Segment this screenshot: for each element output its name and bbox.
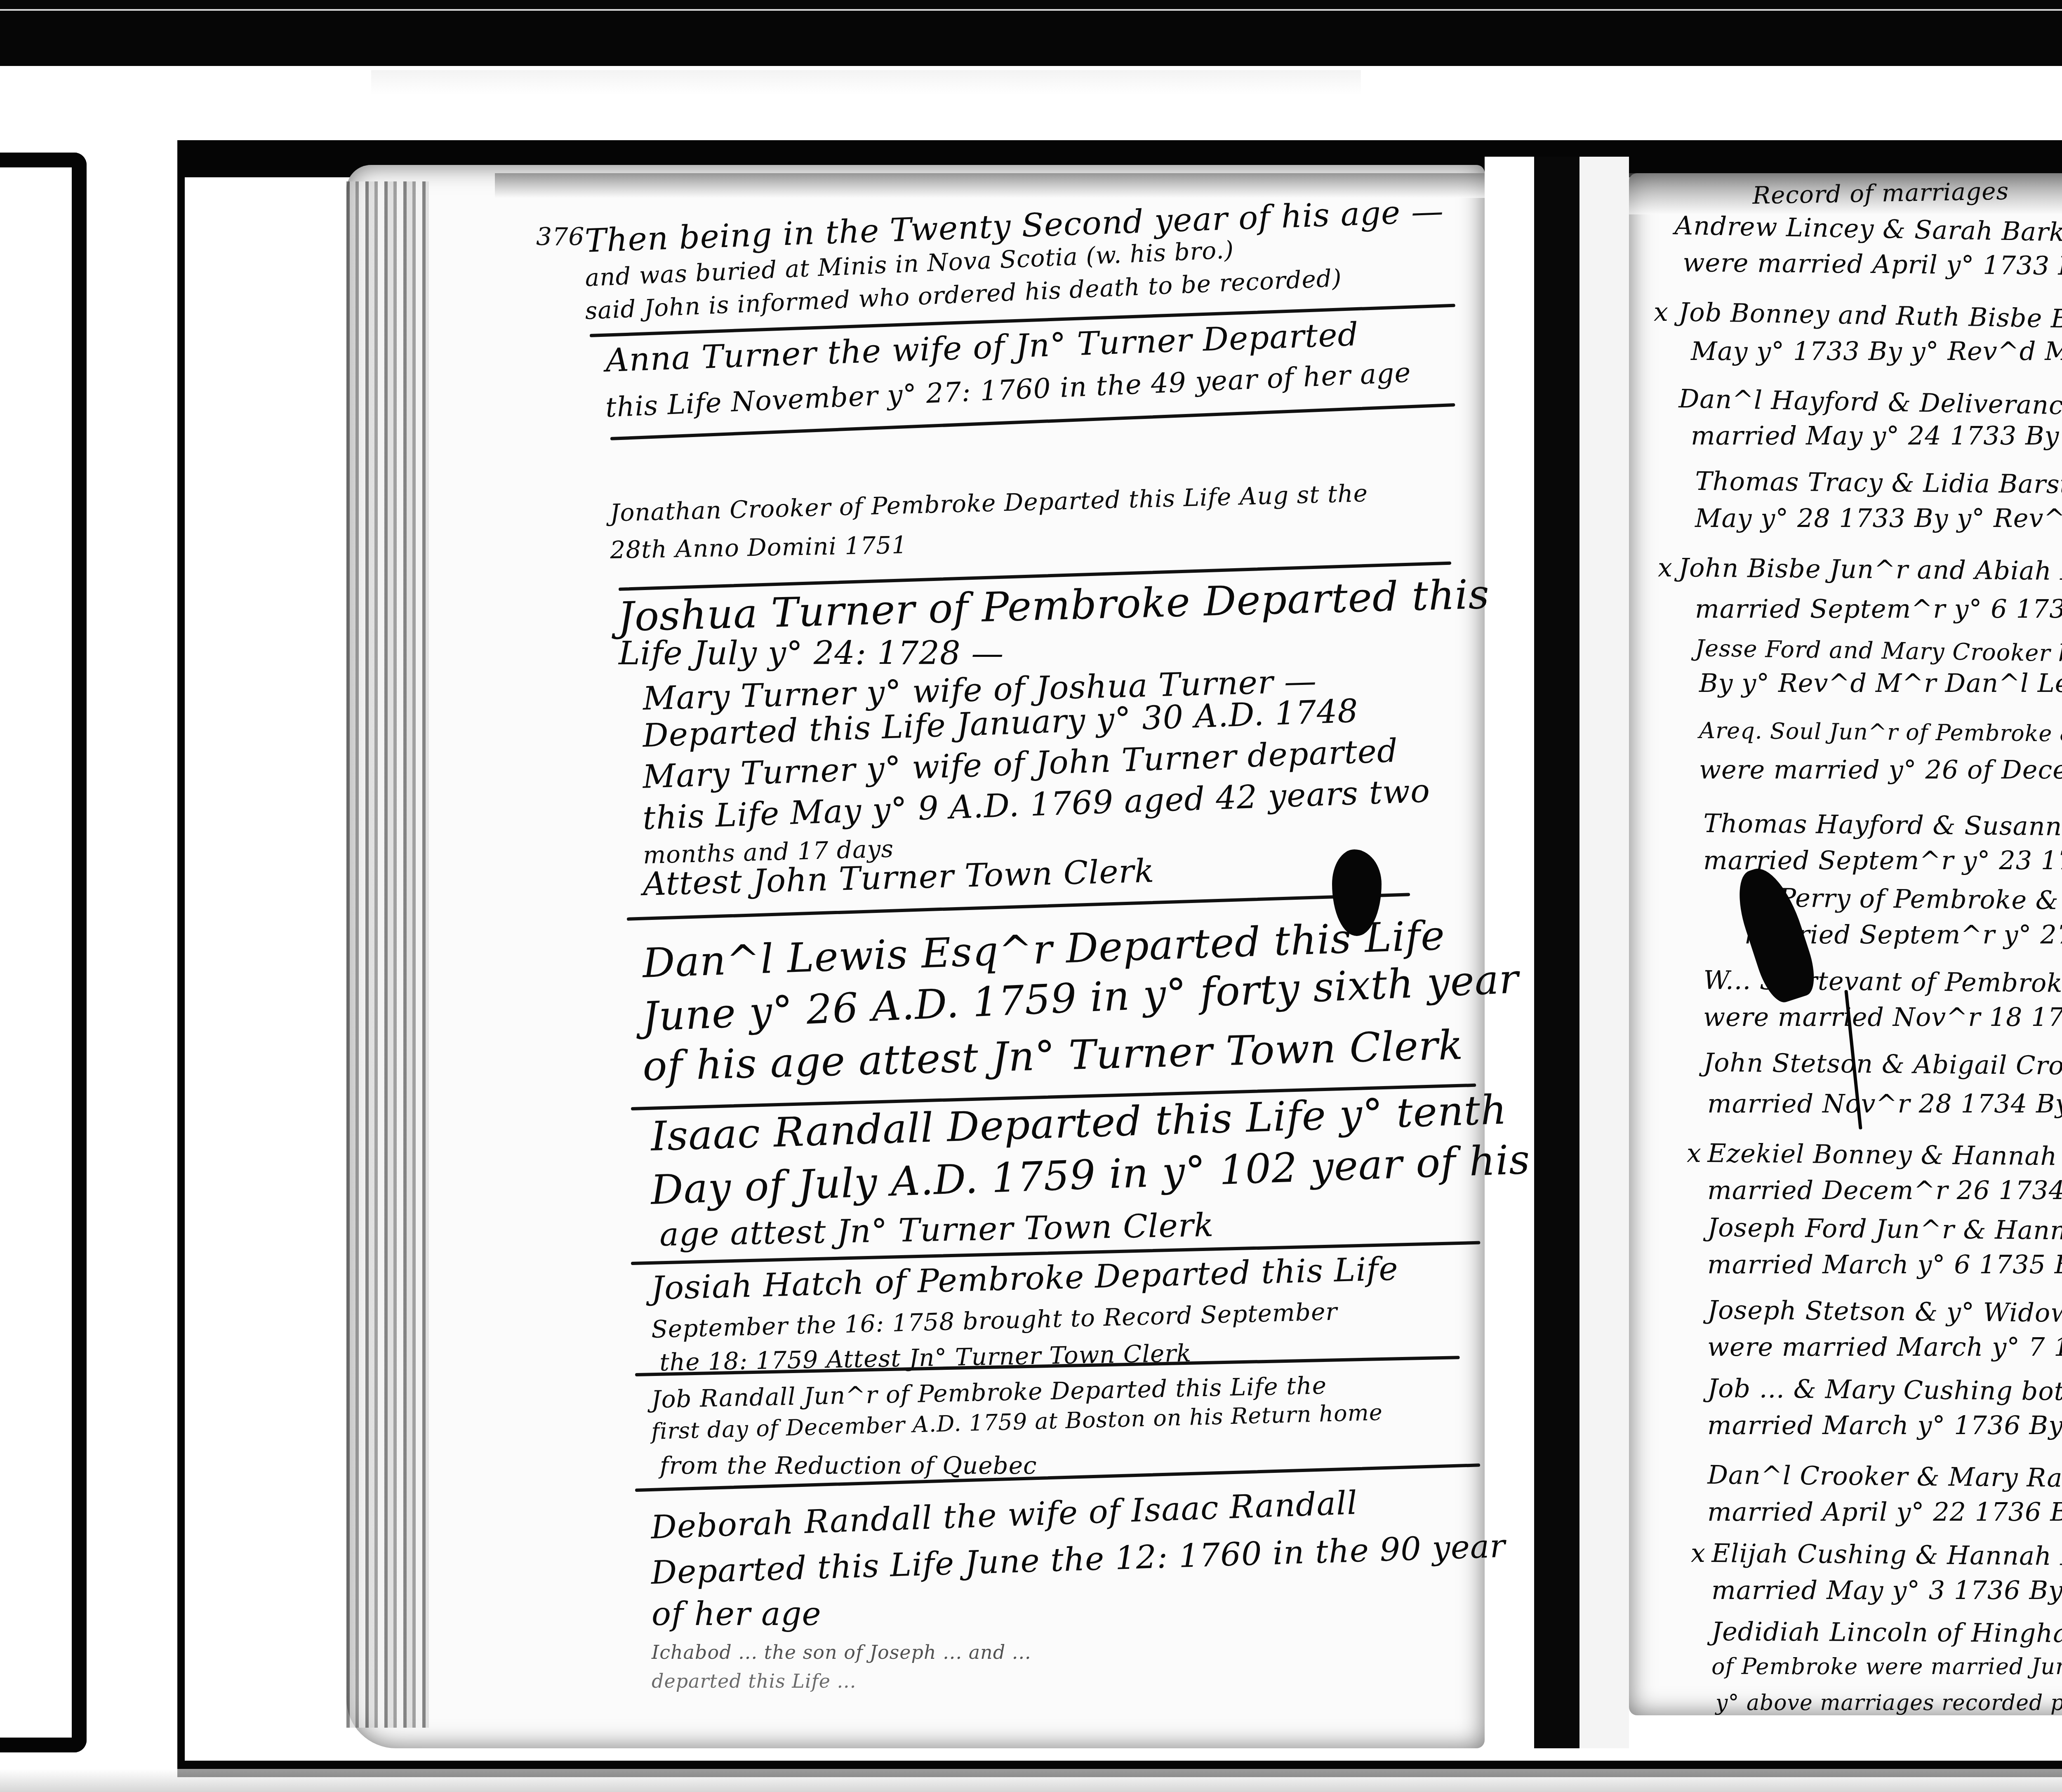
film-scratch [0, 9, 2062, 11]
page-heading: Record of marriages [1752, 177, 2009, 209]
left-line: of her age [652, 1596, 822, 1633]
left-line: from the Reduction of Quebec [660, 1451, 1037, 1479]
marriage-entry-line: were married Nov^r 18 1734 By y° Rev^d M… [1703, 1002, 2062, 1032]
marriage-entry-line: Job ... & Mary Cushing both of Pembroke … [1707, 1373, 2062, 1409]
marriage-entry-line: married Decem^r 26 1734 By y° Rev^d M^r … [1707, 1175, 2062, 1205]
film-top-band [0, 0, 2062, 66]
entry-mark: x [1687, 1138, 1702, 1168]
page-number: 376 [536, 223, 585, 252]
marriage-entry-line: W... Sturtevant of Pembroke & Sarah ... … [1703, 965, 2062, 1000]
marriage-entry-line: married May y° 3 1736 By y° Rev^d M^r Da… [1711, 1575, 2062, 1605]
entry-mark: x [1658, 553, 1673, 583]
clerk-attestation: y° above marriages recorded per me Thos … [1716, 1691, 2062, 1715]
marriage-entry-line: married May y° 24 1733 By y° Rev^d M^r D… [1691, 421, 2062, 451]
gutter-light-right [1579, 157, 1629, 1748]
left-line: Life July y° 24: 1728 — [619, 635, 1004, 672]
previous-frame-edge [0, 153, 87, 1752]
marriage-entry-line: married April y° 22 1736 By y° Rev^d M^r… [1707, 1497, 2062, 1527]
left-line-faint: Ichabod ... the son of Joseph ... and ..… [652, 1641, 1031, 1663]
left-page-fore-edge [346, 181, 429, 1728]
left-line-faint: departed this Life ... [652, 1670, 856, 1692]
book-binding-gutter [1534, 157, 1579, 1748]
marriage-entry-line: married Nov^r 28 1734 By y° Rev^d M^r Da… [1707, 1089, 2062, 1119]
entry-mark: x [1654, 297, 1669, 327]
marriage-entry-line: May y° 1733 By y° Rev^d M^r Dan^l Lewis … [1691, 336, 2062, 366]
marriage-entry-line: By y° Rev^d M^r Dan^l Lewis [1699, 668, 2062, 698]
gutter-light [1485, 157, 1538, 1748]
marriage-entry-line: were married March y° 7 1736 By y° Rev^d… [1707, 1332, 2062, 1362]
marriage-entry-line: married March y° 6 1735 By y° Rev^d M^r … [1707, 1249, 2062, 1279]
marriage-entry-line: of Pembroke were married June y° 10 1736… [1711, 1653, 2062, 1679]
entry-mark: x [1691, 1538, 1706, 1568]
film-bottom-strip [0, 1769, 2062, 1792]
left-page-top-shadow [495, 173, 1485, 198]
marriage-entry-line: Jedidiah Lincoln of Hingham & y° Widow M… [1711, 1616, 2062, 1650]
film-smudge [371, 70, 1361, 95]
left-line: 28th Anno Domini 1751 [610, 531, 908, 564]
marriage-entry-line: were married y° 26 of Decem^r 1733 By y°… [1699, 755, 2062, 785]
marriage-entry-line: May y° 28 1733 By y° Rev^d M^r Dan^l Lew… [1695, 503, 2062, 533]
marriage-entry-line: married March y° 1736 By y° Rev^d M^r Da… [1707, 1410, 2062, 1440]
marriage-entry-line: married Septem^r y° 6 1733 By y° Rev^d M… [1695, 594, 2062, 624]
